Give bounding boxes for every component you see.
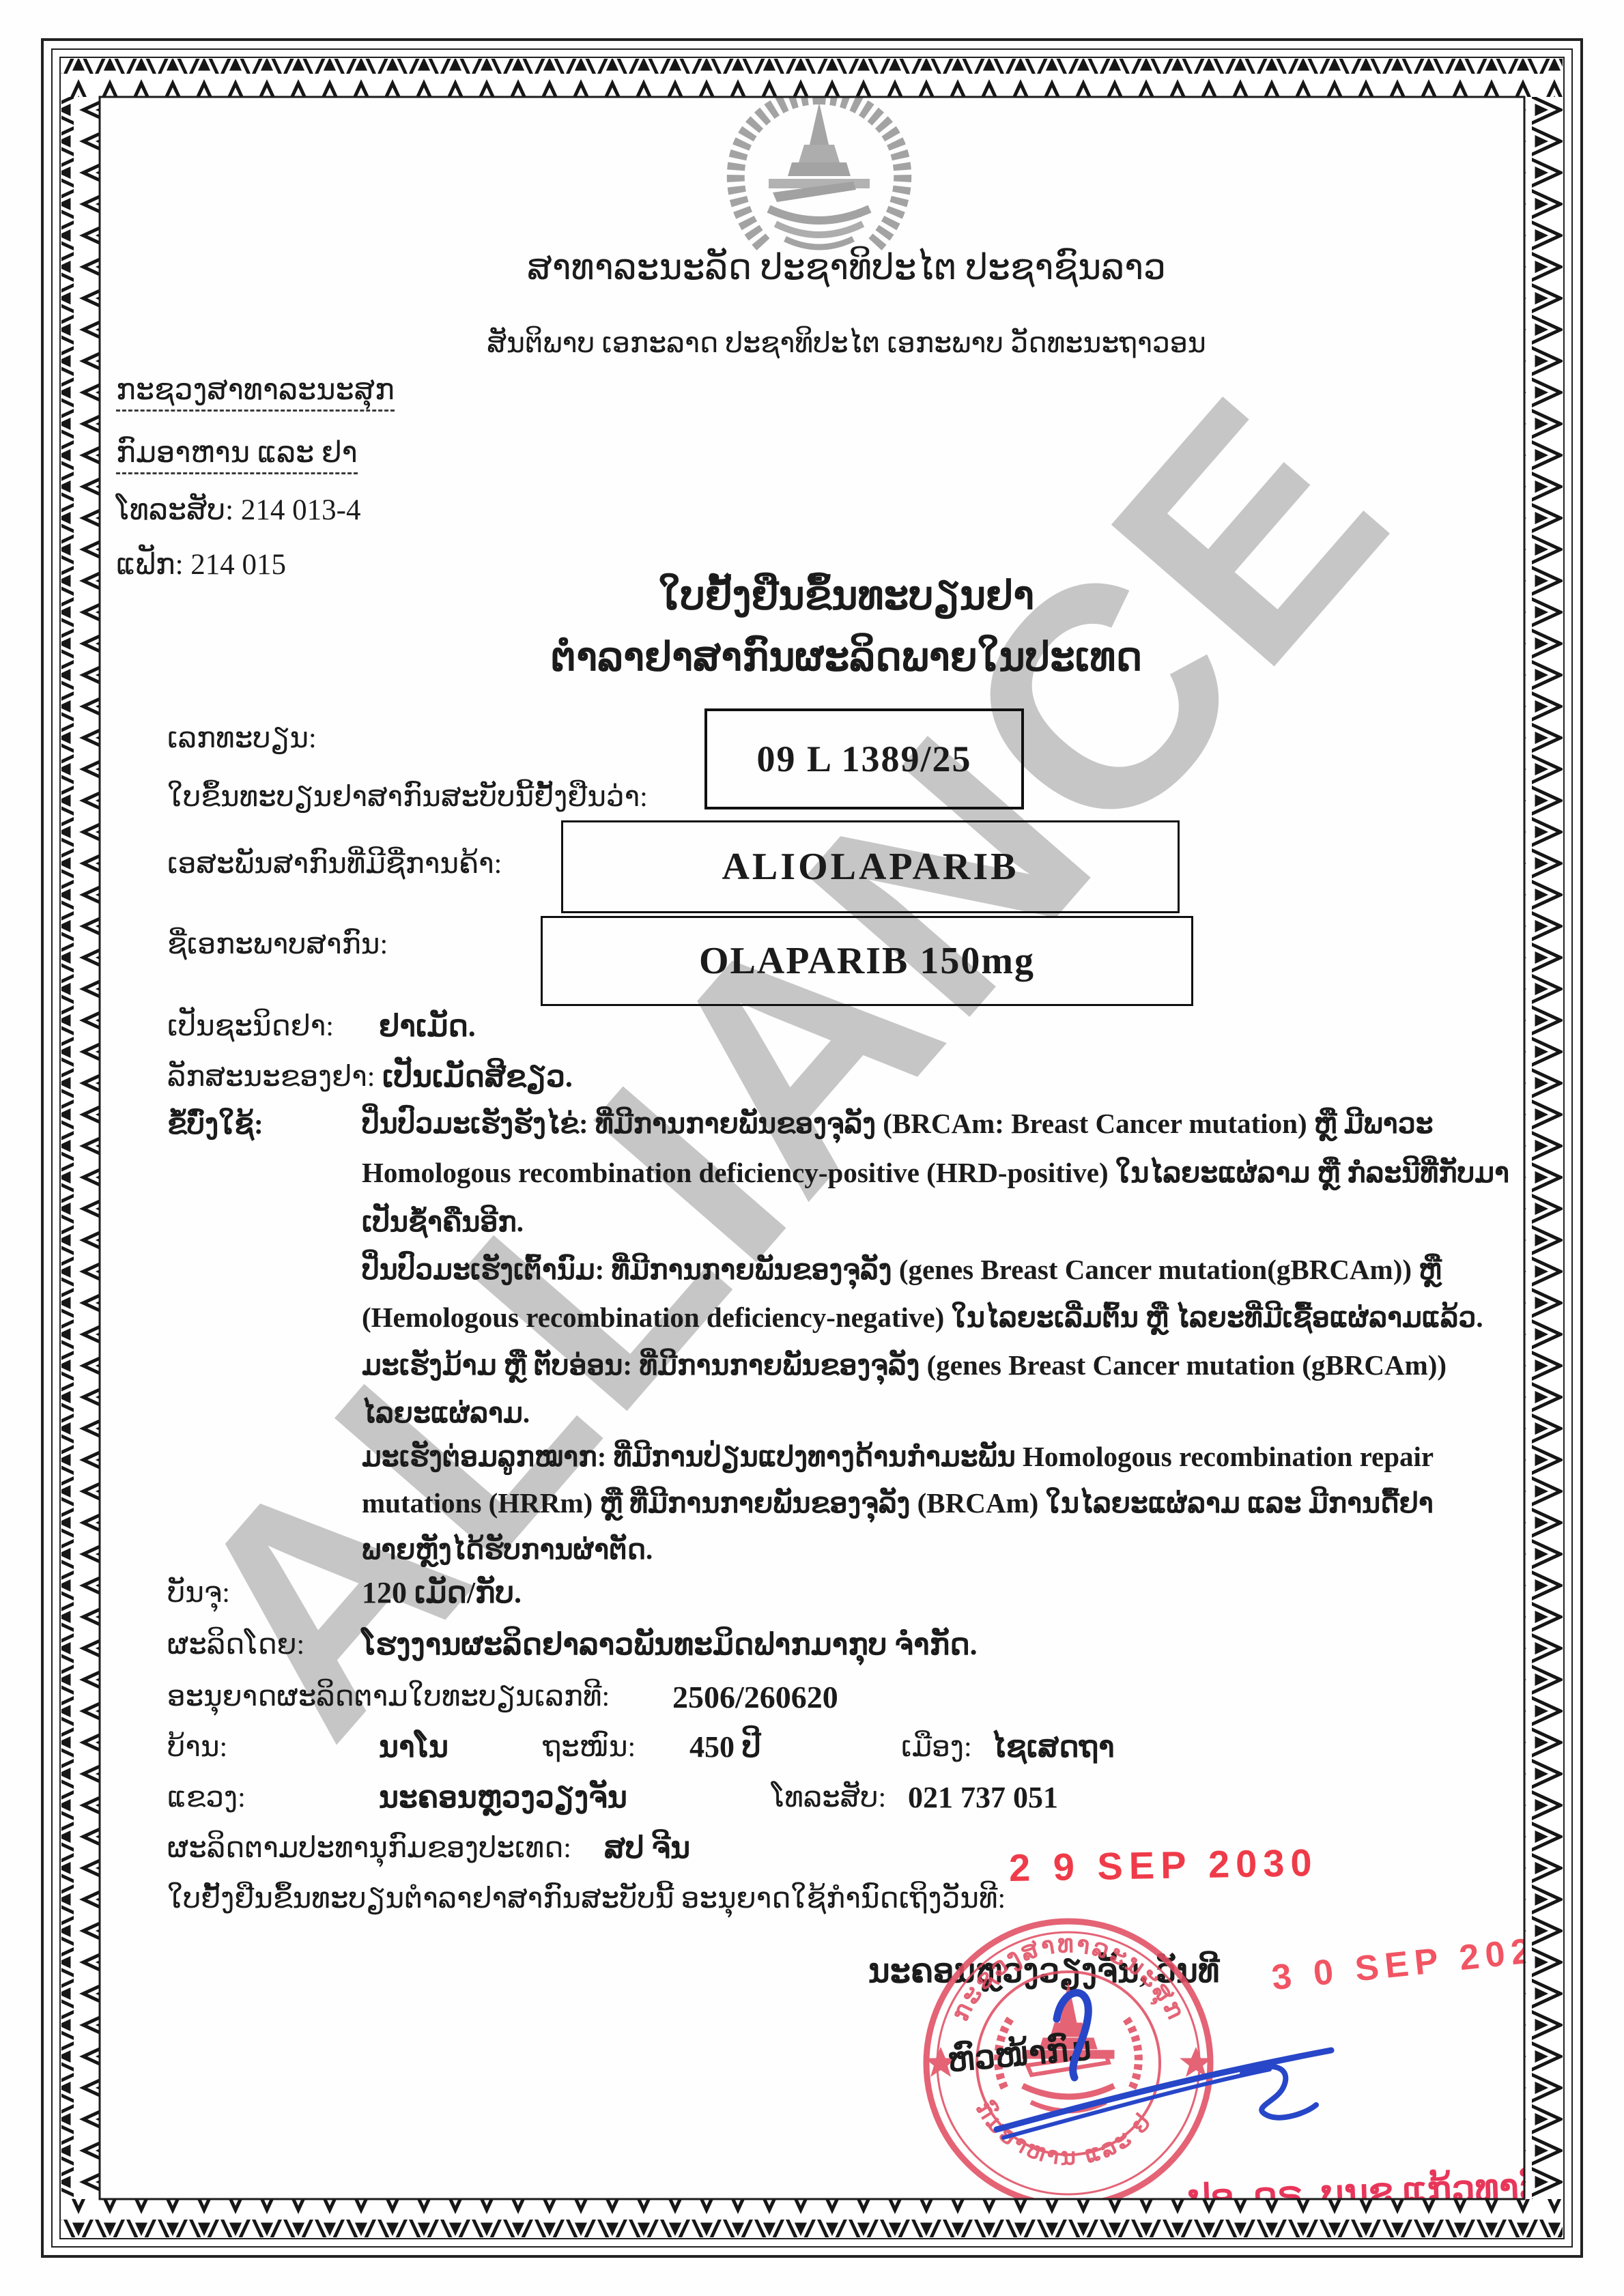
indication-line: ມະເຮັງມ້າມ ຫຼື ຕັບອ່ອນ: ທີ່ມີການກາຍພັນຂອ… [362, 1349, 1447, 1381]
indication-line: ໄລຍະແຜ່ລາມ. [362, 1396, 530, 1429]
dosage-form-label: ເປັນຊະນິດຢາ: [167, 1009, 334, 1043]
certify-statement: ໃບຂຶ້ນທະບຽນຢາສາກົນສະບັບນີ້ຢັ້ງຢືນວ່າ: [167, 779, 648, 814]
telephone-value: 021 737 051 [908, 1780, 1058, 1815]
header-fax: ແຟັກ: 214 015 [116, 547, 286, 582]
certificate-page: ALLIANCE [0, 0, 1624, 2296]
production-license-number: 2506/260620 [672, 1679, 838, 1715]
appearance-label: ລັກສະນະຂອງຢາ: [167, 1059, 375, 1093]
certificate-title-line1: ໃບຢັ້ງຢືນຂຶ້ນທະບຽນຢາ [437, 572, 1256, 618]
district-value: ໄຊເສດຖາ [991, 1730, 1115, 1764]
pack-size-label: ບັນຈຸ: [167, 1575, 230, 1609]
indications-label: ຂໍ້ບົ່ງໃຊ້: [167, 1107, 263, 1141]
pharmacopoeia-label: ຜະລິດຕາມປະທານຸກົມຂອງປະເທດ: [167, 1831, 571, 1865]
province-label: ແຂວງ: [167, 1780, 246, 1814]
generic-name-value: OLAPARIB 150mg [699, 939, 1035, 983]
registration-number-box: 09 L 1389/25 [704, 708, 1024, 809]
trade-name-label: ເອສະພັນສາກົນທີ່ມີຊື່ການຄ້າ: [167, 846, 502, 880]
appearance-value: ເປັນເມັດສີຂຽວ. [382, 1059, 573, 1094]
manufacturer-label: ຜະລິດໂດຍ: [167, 1627, 304, 1661]
registration-number-label: ເລກທະບຽນ: [167, 721, 317, 755]
road-label: ຖະໜົນ: [543, 1730, 636, 1764]
country-motto-line1: ສາທາລະນະລັດ ປະຊາທິປະໄຕ ປະຊາຊົນລາວ [369, 247, 1324, 288]
village-value: ນາໂນ [379, 1730, 448, 1764]
validity-statement: ໃບຢັ້ງຢືນຂຶ້ນທະບຽນຕຳລາຢາສາກົນສະບັບນີ້ ອະ… [167, 1881, 1006, 1915]
pack-size-value: 120 ເມັດ/ກັບ. [362, 1575, 522, 1610]
generic-name-box: OLAPARIB 150mg [541, 916, 1193, 1006]
road-value: 450 ປີ [689, 1730, 761, 1764]
indication-line: ພາຍຫຼັງໄດ້ຮັບການຜ່າຕັດ. [362, 1533, 653, 1566]
signature-ink [949, 1966, 1386, 2170]
signer-name: ປອ. ດຣ. ບຸນຊູ ແກ້ວທາວົງ [1187, 2164, 1561, 2220]
expiry-date-stamp: 2 9 SEP 2030 [1008, 1840, 1318, 1890]
manufacturer-value: ໂຮງງານຜະລິດຢາລາວພັນທະມິດຟາກມາກຸບ ຈຳກັດ. [362, 1627, 978, 1662]
trade-name-box: ALIOLAPARIB [561, 820, 1180, 913]
lao-national-emblem [710, 79, 928, 265]
indication-line: mutations (HRRm) ຫຼື ທີ່ມີການກາຍພັນຂອງຈຸ… [362, 1487, 1434, 1519]
pharmacopoeia-country: ສປ ຈີນ [604, 1831, 690, 1865]
certificate-title-line2: ຕຳລາຢາສາກົນຜະລິດພາຍໃນປະເທດ [437, 633, 1256, 680]
department-name: ກົມອາຫານ ແລະ ຢາ [116, 435, 358, 474]
country-motto-line2: ສັນຕິພາບ ເອກະລາດ ປະຊາທິປະໄຕ ເອກະພາບ ວັດທ… [369, 326, 1324, 359]
indication-line: ເປັນຊ້ຳຄືນອີກ. [362, 1205, 524, 1238]
trade-name-value: ALIOLAPARIB [722, 845, 1018, 889]
dosage-form-value: ຢາເມັດ. [379, 1009, 476, 1044]
ministry-name: ກະຊວງສາທາລະນະສຸກ [116, 373, 395, 412]
district-label: ເມືອງ: [901, 1730, 972, 1764]
production-license-label: ອະນຸຍາດຜະລິດຕາມໃບທະບຽນເລກທີ: [167, 1679, 610, 1713]
indication-line: ມະເຮັງຕ່ອມລູກໝາກ: ທີ່ມີການປ່ຽນແປງທາງດ້ານ… [362, 1440, 1434, 1473]
header-phone: ໂທລະສັບ: 214 013-4 [116, 493, 360, 527]
indication-line: (Hemologous recombination deficiency-neg… [362, 1301, 1483, 1334]
registration-number-value: 09 L 1389/25 [756, 738, 971, 780]
village-label: ບ້ານ: [167, 1730, 227, 1764]
generic-name-label: ຊື່ເອກະພາບສາກົນ: [167, 927, 388, 961]
telephone-label: ໂທລະສັບ: [771, 1780, 886, 1814]
indication-line: ປິ່ນປົວມະເຮັງຮັງໄຂ່: ທີ່ມີການກາຍພັນຂອງຈຸ… [362, 1107, 1434, 1140]
indication-line: ປິ່ນປົວມະເຮັງເຕົ້ານົມ: ທີ່ມີການກາຍພັນຂອງ… [362, 1253, 1442, 1286]
province-value: ນະຄອນຫຼວງວຽງຈັນ [379, 1780, 627, 1815]
indication-line: Homologous recombination deficiency-posi… [362, 1156, 1509, 1189]
